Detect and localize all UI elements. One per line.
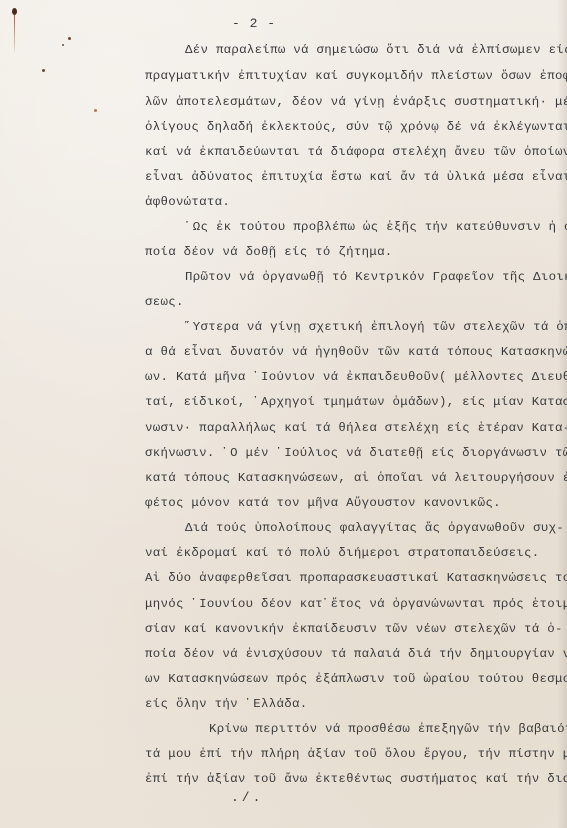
text-line: Κρίνω περιττόν νά προσθέσω ἐπεξηγῶν τήν … [209,722,567,736]
paper-speck [94,109,97,112]
page-number: - 2 - [232,16,276,31]
text-line: πραγματικήν ἐπιτυχίαν καί συγκομιδήν πλε… [145,69,567,83]
text-line: ἀφθονώτατα. [145,195,230,209]
text-line: σίαν καί κανονικήν ἐκπαίδευσιν τῶν νέων … [145,622,563,636]
text-line: ὀλίγους δηλαδή ἐκλεκτούς, σύν τῷ χρόνῳ δ… [145,120,567,134]
text-line: ῞Υστερα νά γίνῃ σχετική ἐπιλογή τῶν στελ… [185,320,567,334]
text-line: ῾Ως ἐκ τούτου προβλέπω ὡς ἑξῆς τήν κατεύ… [185,220,567,234]
text-line: μηνός ᾿Ιουνίου δέον κατ᾿ἔτος νά ὀργανώνω… [145,597,567,611]
text-line: ταί, είδικοί, ᾿Αρχηγοί τμημάτων ὁμάδων),… [145,395,567,409]
scanned-document-page: - 2 - Δέν παραλείπω νά σημειώσω ὅτι διά … [0,0,567,828]
text-line: τά μου ἐπί τήν πλήρη ἀξίαν τοῦ ὅλου ἔργο… [145,747,567,761]
paper-speck [42,69,45,72]
paper-speck [68,37,71,40]
text-line: Αἱ δύο ἀναφερθεῖσαι προπαρασκευαστικαί Κ… [145,571,567,585]
text-line: ποία δέον νά δοθῇ είς τό ζήτημα. [145,245,393,259]
text-line: ἐπί τήν ἀξίαν τοῦ ἄνω ἐκτεθέντως συστήμα… [145,772,567,786]
text-line: καί νά ἐκπαιδεύωνται τά διάφορα στελέχη … [145,145,567,159]
text-line: ων. Κατά μῆνα ᾿Ιούνιον νά ἐκπαιδευθοῦν( … [145,370,567,384]
text-line: ων Κατασκηνώσεων πρός ἐξάπλωσιν τοῦ ὡραί… [145,672,567,686]
text-line: κατά τόπους Κατασκηνώσεων, αἱ ὁποῖαι νά … [145,471,567,485]
text-line: ποία δέον νά ἐνισχύσουν τά παλαιά διά τή… [145,647,567,661]
text-line: Διά τούς ὑπολοίπους φαλαγγίτας ἄς ὀργανω… [185,521,564,535]
paper-speck [62,44,64,46]
ink-trail [14,14,15,52]
text-line: σεως. [145,295,184,309]
text-line: σκήνωσιν. ῾Ο μέν ᾿Ιούλιος νά διατεθῇ είς… [145,446,567,460]
text-line: λῶν ἀποτελεσμάτων, δέον νά γίνῃ ἐνάρξις … [145,95,567,109]
continuation-mark: ./. [231,790,263,805]
text-line: Πρῶτον νά ὀργανωθῇ τό Κεντρικόν Γραφεῖον… [185,270,567,284]
text-line: Δέν παραλείπω νά σημειώσω ὅτι διά νά ἐλπ… [185,43,567,57]
text-line: νωσιν· παραλλήλως καί τά θήλεα στελέχη ε… [145,421,567,435]
text-line: εἶναι ἀδύνατος ἐπιτυχία ἔστω καί ἄν τά ὑ… [145,170,567,184]
ink-blot-mark [12,8,17,52]
text-line: α θά εἶναι δυνατόν νά ἡγηθοῦν τῶν κατά τ… [145,345,567,359]
text-line: είς ὅλην τήν ῾Ελλάδα. [145,697,307,711]
text-line: ναί ἐκδρομαί καί τό πολύ διήμεροι στρατο… [145,546,540,560]
text-line: φέτος μόνον κατά τον μῆνα Αὔγουστον κανο… [145,496,501,510]
